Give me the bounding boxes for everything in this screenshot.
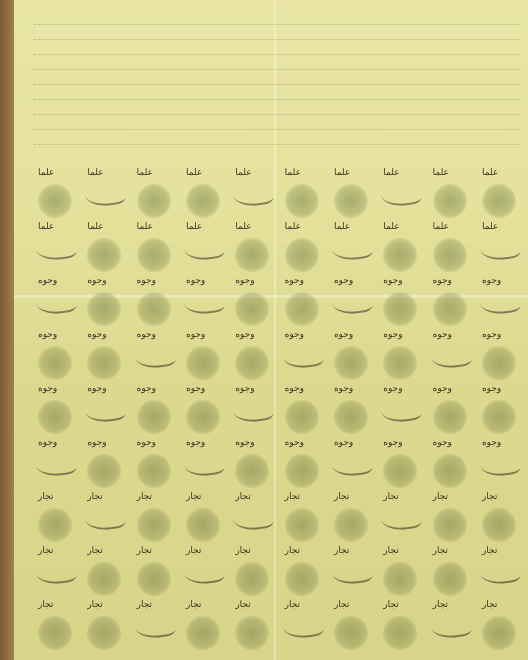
signature-cell: علما <box>231 222 275 284</box>
signature-cell: وجوه <box>429 330 473 392</box>
seal-stamp <box>433 562 467 596</box>
seal-stamp <box>334 184 368 218</box>
signature-cell: علما <box>83 168 127 230</box>
category-label: علما <box>87 222 103 232</box>
signature-cell: وجوه <box>231 276 275 338</box>
seal-stamp <box>235 238 269 272</box>
seal-stamp <box>285 184 319 218</box>
category-label: وجوه <box>285 384 304 394</box>
signature-cell: علما <box>34 168 78 230</box>
category-label: علما <box>433 168 449 178</box>
category-label: وجوه <box>186 330 205 340</box>
seal-stamp <box>137 454 171 488</box>
seal-stamp <box>383 346 417 380</box>
category-label: وجوه <box>38 330 57 340</box>
signature-mark <box>183 289 226 316</box>
category-label: وجوه <box>285 438 304 448</box>
signature-mark <box>35 289 78 316</box>
category-label: تجار <box>334 600 349 610</box>
seal-stamp <box>285 238 319 272</box>
category-label: تجار <box>137 546 152 556</box>
signature-cell: تجار <box>379 600 423 660</box>
signature-cell: علما <box>133 222 177 284</box>
category-label: تجار <box>186 600 201 610</box>
category-label: تجار <box>38 600 53 610</box>
seal-stamp <box>383 616 417 650</box>
signature-mark <box>232 505 275 532</box>
seal-stamp <box>38 346 72 380</box>
seal-stamp <box>38 616 72 650</box>
signature-cell: وجوه <box>182 330 226 392</box>
category-label: تجار <box>235 492 250 502</box>
seal-stamp <box>38 508 72 542</box>
signature-cell: تجار <box>330 600 374 660</box>
category-label: وجوه <box>186 276 205 286</box>
signature-cell: علما <box>429 168 473 230</box>
category-label: وجوه <box>137 384 156 394</box>
category-label: وجوه <box>87 438 106 448</box>
signature-cell: تجار <box>133 600 177 660</box>
signature-mark <box>84 397 127 424</box>
seal-stamp <box>383 454 417 488</box>
signature-cell: وجوه <box>34 276 78 338</box>
seal-stamp <box>137 238 171 272</box>
signature-cell: وجوه <box>83 438 127 500</box>
seal-stamp <box>334 508 368 542</box>
category-label: تجار <box>482 492 497 502</box>
category-label: علما <box>87 168 103 178</box>
signature-cell: تجار <box>83 492 127 554</box>
category-label: وجوه <box>482 330 501 340</box>
category-label: علما <box>383 168 399 178</box>
signature-cell: وجوه <box>182 438 226 500</box>
category-label: تجار <box>383 492 398 502</box>
signature-cell: وجوه <box>182 384 226 446</box>
signature-cell: تجار <box>330 492 374 554</box>
category-label: علما <box>137 222 153 232</box>
seal-stamp <box>38 184 72 218</box>
seal-stamp <box>334 346 368 380</box>
signature-cell: وجوه <box>478 384 522 446</box>
signature-cell: علما <box>182 222 226 284</box>
category-label: تجار <box>186 492 201 502</box>
category-label: علما <box>285 168 301 178</box>
signature-cell: وجوه <box>133 384 177 446</box>
signature-mark <box>232 397 275 424</box>
signature-row: وجوهوجوهوجوهوجوهوجوهوجوهوجوهوجوهوجوهوجوه <box>34 276 522 338</box>
seal-stamp <box>482 508 516 542</box>
category-label: وجوه <box>87 330 106 340</box>
seal-stamp <box>137 400 171 434</box>
signature-mark <box>281 613 324 640</box>
category-label: تجار <box>235 600 250 610</box>
category-label: وجوه <box>137 438 156 448</box>
signature-row: تجارتجارتجارتجارتجارتجارتجارتجارتجارتجار <box>34 600 522 660</box>
signature-mark <box>133 343 176 370</box>
signature-cell: وجوه <box>133 330 177 392</box>
signature-row: وجوهوجوهوجوهوجوهوجوهوجوهوجوهوجوهوجوهوجوه <box>34 438 522 500</box>
category-label: وجوه <box>235 438 254 448</box>
signature-cell: تجار <box>34 546 78 608</box>
seal-stamp <box>433 454 467 488</box>
signature-cell: تجار <box>379 546 423 608</box>
seal-stamp <box>482 184 516 218</box>
seal-stamp <box>87 346 121 380</box>
seal-stamp <box>433 508 467 542</box>
signature-cell: وجوه <box>281 276 325 338</box>
category-label: وجوه <box>334 330 353 340</box>
signature-mark <box>380 181 423 208</box>
signature-row: علماعلماعلماعلماعلماعلماعلماعلماعلماعلما <box>34 168 522 230</box>
signature-cell: تجار <box>281 600 325 660</box>
category-label: تجار <box>87 600 102 610</box>
category-label: وجوه <box>334 276 353 286</box>
category-label: وجوه <box>383 438 402 448</box>
signature-cell: وجوه <box>478 276 522 338</box>
category-label: تجار <box>87 546 102 556</box>
category-label: وجوه <box>235 384 254 394</box>
category-label: وجوه <box>38 384 57 394</box>
signature-mark <box>183 451 226 478</box>
seal-stamp <box>285 454 319 488</box>
category-label: وجوه <box>186 438 205 448</box>
seal-stamp <box>186 346 220 380</box>
category-label: وجوه <box>38 438 57 448</box>
seal-stamp <box>38 400 72 434</box>
signature-mark <box>35 451 78 478</box>
category-label: تجار <box>285 492 300 502</box>
seal-stamp <box>482 400 516 434</box>
signature-cell: تجار <box>83 546 127 608</box>
seal-stamp <box>186 616 220 650</box>
category-label: علما <box>38 222 54 232</box>
seal-stamp <box>433 400 467 434</box>
text-line <box>34 63 520 73</box>
signature-cell: وجوه <box>34 330 78 392</box>
signature-cell: وجوه <box>281 330 325 392</box>
category-label: تجار <box>137 600 152 610</box>
seal-stamp <box>285 562 319 596</box>
signature-cell: تجار <box>478 546 522 608</box>
category-label: تجار <box>482 600 497 610</box>
category-label: علما <box>383 222 399 232</box>
category-label: تجار <box>285 600 300 610</box>
text-line <box>34 18 520 28</box>
signature-cell: تجار <box>182 600 226 660</box>
signature-cell: وجوه <box>330 276 374 338</box>
category-label: وجوه <box>482 384 501 394</box>
signature-cell: تجار <box>133 492 177 554</box>
signature-mark <box>479 235 522 262</box>
category-label: تجار <box>383 600 398 610</box>
signature-cell: وجوه <box>231 438 275 500</box>
signature-cell: تجار <box>429 546 473 608</box>
category-label: تجار <box>137 492 152 502</box>
signature-cell: تجار <box>231 546 275 608</box>
signature-cell: تجار <box>429 492 473 554</box>
signature-cell: علما <box>133 168 177 230</box>
signature-cell: وجوه <box>478 438 522 500</box>
seal-stamp <box>137 508 171 542</box>
category-label: علما <box>235 222 251 232</box>
signature-cell: علما <box>83 222 127 284</box>
signature-mark <box>429 343 472 370</box>
signature-cell: علما <box>182 168 226 230</box>
category-label: وجوه <box>137 330 156 340</box>
seal-stamp <box>137 184 171 218</box>
signature-mark <box>380 505 423 532</box>
signature-cell: وجوه <box>429 384 473 446</box>
signature-cell: تجار <box>34 492 78 554</box>
signature-cell: علما <box>478 168 522 230</box>
signature-cell: تجار <box>478 492 522 554</box>
text-line <box>34 78 520 88</box>
signature-cell: وجوه <box>281 384 325 446</box>
category-label: وجوه <box>433 276 452 286</box>
signature-mark <box>133 613 176 640</box>
category-label: وجوه <box>87 384 106 394</box>
category-label: وجوه <box>285 330 304 340</box>
category-label: علما <box>285 222 301 232</box>
seal-stamp <box>87 454 121 488</box>
category-label: تجار <box>334 546 349 556</box>
signature-cell: وجوه <box>379 438 423 500</box>
category-label: وجوه <box>482 438 501 448</box>
signature-cell: وجوه <box>133 438 177 500</box>
text-line <box>34 138 520 148</box>
seal-stamp <box>383 292 417 326</box>
category-label: وجوه <box>482 276 501 286</box>
signature-mark <box>479 451 522 478</box>
signature-cell: علما <box>281 222 325 284</box>
category-label: وجوه <box>285 276 304 286</box>
signature-mark <box>183 559 226 586</box>
signature-row: وجوهوجوهوجوهوجوهوجوهوجوهوجوهوجوهوجوهوجوه <box>34 384 522 446</box>
seal-stamp <box>87 562 121 596</box>
signature-cell: تجار <box>281 546 325 608</box>
signature-cell: تجار <box>429 600 473 660</box>
category-label: علما <box>482 168 498 178</box>
signature-cell: تجار <box>231 600 275 660</box>
seal-stamp <box>186 508 220 542</box>
category-label: تجار <box>285 546 300 556</box>
signature-row: تجارتجارتجارتجارتجارتجارتجارتجارتجارتجار <box>34 546 522 608</box>
category-label: تجار <box>38 546 53 556</box>
category-label: وجوه <box>433 438 452 448</box>
signature-cell: علما <box>281 168 325 230</box>
text-line <box>34 123 520 133</box>
signature-mark <box>84 181 127 208</box>
signature-cell: علما <box>330 222 374 284</box>
category-label: علما <box>334 222 350 232</box>
signature-cell: تجار <box>231 492 275 554</box>
category-label: علما <box>433 222 449 232</box>
category-label: علما <box>334 168 350 178</box>
signature-row: علماعلماعلماعلماعلماعلماعلماعلماعلماعلما <box>34 222 522 284</box>
text-line <box>34 33 520 43</box>
signature-cell: تجار <box>478 600 522 660</box>
signature-mark <box>183 235 226 262</box>
seal-stamp <box>285 400 319 434</box>
signature-cell: تجار <box>281 492 325 554</box>
category-label: علما <box>482 222 498 232</box>
signature-mark <box>429 613 472 640</box>
signature-mark <box>380 397 423 424</box>
category-label: تجار <box>334 492 349 502</box>
category-label: تجار <box>38 492 53 502</box>
signature-mark <box>232 181 275 208</box>
signature-cell: تجار <box>330 546 374 608</box>
seal-stamp <box>433 238 467 272</box>
seal-stamp <box>334 616 368 650</box>
category-label: علما <box>38 168 54 178</box>
signature-cell: تجار <box>182 492 226 554</box>
seal-stamp <box>235 562 269 596</box>
category-label: تجار <box>433 600 448 610</box>
category-label: تجار <box>482 546 497 556</box>
category-label: تجار <box>433 546 448 556</box>
signature-cell: وجوه <box>379 330 423 392</box>
signature-row: وجوهوجوهوجوهوجوهوجوهوجوهوجوهوجوهوجوهوجوه <box>34 330 522 392</box>
signature-cell: وجوه <box>429 438 473 500</box>
signature-cell: تجار <box>182 546 226 608</box>
signature-cell: وجوه <box>34 438 78 500</box>
seal-stamp <box>235 454 269 488</box>
seal-stamp <box>433 184 467 218</box>
seal-stamp <box>383 238 417 272</box>
seal-stamp <box>235 616 269 650</box>
category-label: وجوه <box>383 330 402 340</box>
category-label: وجوه <box>334 438 353 448</box>
signature-row: تجارتجارتجارتجارتجارتجارتجارتجارتجارتجار <box>34 492 522 554</box>
signature-cell: وجوه <box>379 276 423 338</box>
category-label: وجوه <box>235 330 254 340</box>
signature-cell: وجوه <box>478 330 522 392</box>
text-line <box>34 93 520 103</box>
signature-mark <box>84 505 127 532</box>
document-page: علماعلماعلماعلماعلماعلماعلماعلماعلماعلما… <box>14 0 528 660</box>
signature-cell: وجوه <box>83 330 127 392</box>
signature-cell: تجار <box>83 600 127 660</box>
category-label: علما <box>235 168 251 178</box>
signature-cell: وجوه <box>281 438 325 500</box>
signature-cell: علما <box>429 222 473 284</box>
category-label: وجوه <box>334 384 353 394</box>
category-label: وجوه <box>186 384 205 394</box>
signature-cell: علما <box>379 222 423 284</box>
seal-stamp <box>482 616 516 650</box>
category-label: علما <box>186 222 202 232</box>
signature-cell: وجوه <box>34 384 78 446</box>
signature-cell: وجوه <box>83 276 127 338</box>
signature-cell: تجار <box>34 600 78 660</box>
category-label: تجار <box>235 546 250 556</box>
category-label: وجوه <box>383 276 402 286</box>
signature-cell: علما <box>231 168 275 230</box>
seal-stamp <box>285 508 319 542</box>
signature-cell: علما <box>478 222 522 284</box>
signature-cell: وجوه <box>133 276 177 338</box>
signature-cell: وجوه <box>83 384 127 446</box>
signature-cell: وجوه <box>182 276 226 338</box>
seal-stamp <box>383 562 417 596</box>
seal-stamp <box>235 346 269 380</box>
category-label: تجار <box>186 546 201 556</box>
category-label: وجوه <box>38 276 57 286</box>
signature-cell: علما <box>34 222 78 284</box>
signature-cell: تجار <box>379 492 423 554</box>
seal-stamp <box>137 562 171 596</box>
signature-cell: وجوه <box>379 384 423 446</box>
category-label: علما <box>186 168 202 178</box>
signature-mark <box>35 559 78 586</box>
seal-stamp <box>87 292 121 326</box>
category-label: وجوه <box>433 384 452 394</box>
category-label: وجوه <box>235 276 254 286</box>
seal-stamp <box>235 292 269 326</box>
seal-stamp <box>186 184 220 218</box>
signature-cell: وجوه <box>429 276 473 338</box>
signature-cell: تجار <box>133 546 177 608</box>
seal-stamp <box>137 292 171 326</box>
category-label: تجار <box>383 546 398 556</box>
text-line <box>34 48 520 58</box>
signature-mark <box>331 289 374 316</box>
category-label: وجوه <box>433 330 452 340</box>
signature-mark <box>331 235 374 262</box>
category-label: تجار <box>87 492 102 502</box>
signature-mark <box>331 451 374 478</box>
signature-mark <box>281 343 324 370</box>
signature-mark <box>331 559 374 586</box>
signature-cell: وجوه <box>330 384 374 446</box>
seal-stamp <box>87 616 121 650</box>
signature-cell: علما <box>330 168 374 230</box>
seal-stamp <box>334 400 368 434</box>
signature-cell: علما <box>379 168 423 230</box>
category-label: وجوه <box>383 384 402 394</box>
seal-stamp <box>482 346 516 380</box>
category-label: وجوه <box>137 276 156 286</box>
signature-mark <box>479 289 522 316</box>
seal-stamp <box>433 292 467 326</box>
category-label: وجوه <box>87 276 106 286</box>
text-line <box>34 108 520 118</box>
signature-cell: وجوه <box>231 384 275 446</box>
category-label: علما <box>137 168 153 178</box>
signature-cell: وجوه <box>330 438 374 500</box>
category-label: تجار <box>433 492 448 502</box>
signature-cell: وجوه <box>330 330 374 392</box>
signature-mark <box>35 235 78 262</box>
seal-stamp <box>285 292 319 326</box>
signature-mark <box>479 559 522 586</box>
signature-cell: وجوه <box>231 330 275 392</box>
seal-stamp <box>186 400 220 434</box>
seal-stamp <box>87 238 121 272</box>
